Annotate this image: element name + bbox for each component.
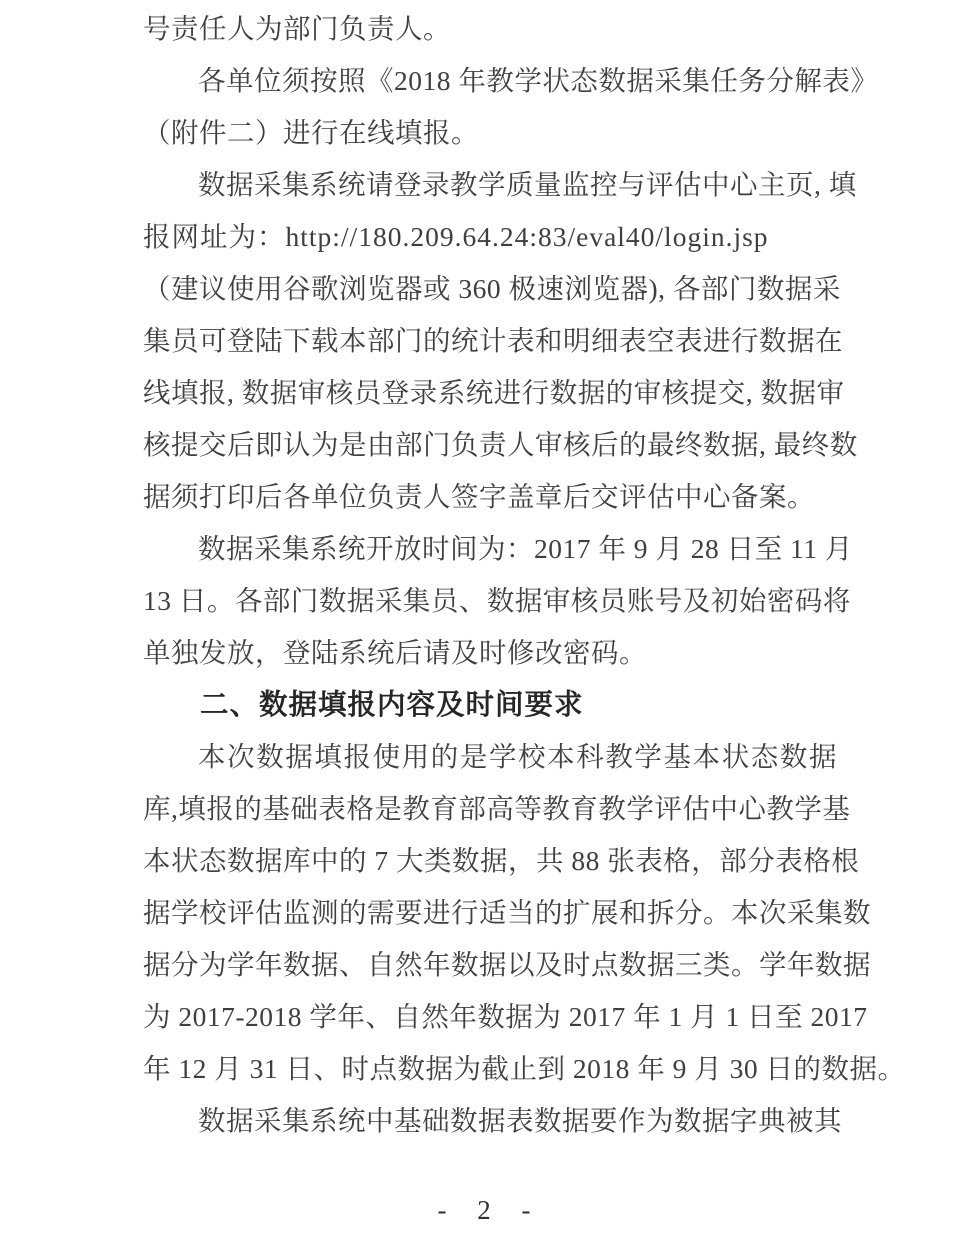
text-line: 年 12 月 31 日、时点数据为截止到 2018 年 9 月 30 日的数据。 bbox=[143, 1043, 837, 1095]
text-line: 据分为学年数据、自然年数据以及时点数据三类。学年数据 bbox=[143, 939, 837, 991]
text-line: 号责任人为部门负责人。 bbox=[143, 3, 837, 55]
text-line: 核提交后即认为是由部门负责人审核后的最终数据, 最终数 bbox=[143, 419, 837, 471]
text-line: 数据采集系统开放时间为：2017 年 9 月 28 日至 11 月 bbox=[143, 523, 837, 575]
text-line: （附件二）进行在线填报。 bbox=[143, 107, 837, 159]
section-heading: 二、数据填报内容及时间要求 bbox=[143, 679, 837, 731]
text-line: 数据采集系统中基础数据表数据要作为数据字典被其 bbox=[143, 1095, 837, 1147]
text-line: 为 2017-2018 学年、自然年数据为 2017 年 1 月 1 日至 20… bbox=[143, 991, 837, 1043]
text-line: 各单位须按照《2018 年教学状态数据采集任务分解表》 bbox=[143, 55, 837, 107]
url-text-line: 报网址为：http://180.209.64.24:83/eval40/logi… bbox=[143, 211, 837, 263]
text-line: 据学校评估监测的需要进行适当的扩展和拆分。本次采集数 bbox=[143, 887, 837, 939]
text-line: （建议使用谷歌浏览器或 360 极速浏览器), 各部门数据采 bbox=[143, 263, 837, 315]
text-line: 库,填报的基础表格是教育部高等教育教学评估中心教学基 bbox=[143, 783, 837, 835]
text-line: 本状态数据库中的 7 大类数据，共 88 张表格，部分表格根 bbox=[143, 835, 837, 887]
page-number: - 2 - bbox=[0, 1195, 980, 1226]
document-page: 号责任人为部门负责人。 各单位须按照《2018 年教学状态数据采集任务分解表》 … bbox=[0, 0, 980, 1248]
text-line: 集员可登陆下载本部门的统计表和明细表空表进行数据在 bbox=[143, 315, 837, 367]
text-line: 数据采集系统请登录教学质量监控与评估中心主页, 填 bbox=[143, 159, 837, 211]
document-body: 号责任人为部门负责人。 各单位须按照《2018 年教学状态数据采集任务分解表》 … bbox=[143, 3, 837, 1147]
text-line: 据须打印后各单位负责人签字盖章后交评估中心备案。 bbox=[143, 471, 837, 523]
text-line: 13 日。各部门数据采集员、数据审核员账号及初始密码将 bbox=[143, 575, 837, 627]
text-line: 单独发放，登陆系统后请及时修改密码。 bbox=[143, 627, 837, 679]
text-line: 本次数据填报使用的是学校本科教学基本状态数据 bbox=[143, 731, 837, 783]
text-line: 线填报, 数据审核员登录系统进行数据的审核提交, 数据审 bbox=[143, 367, 837, 419]
